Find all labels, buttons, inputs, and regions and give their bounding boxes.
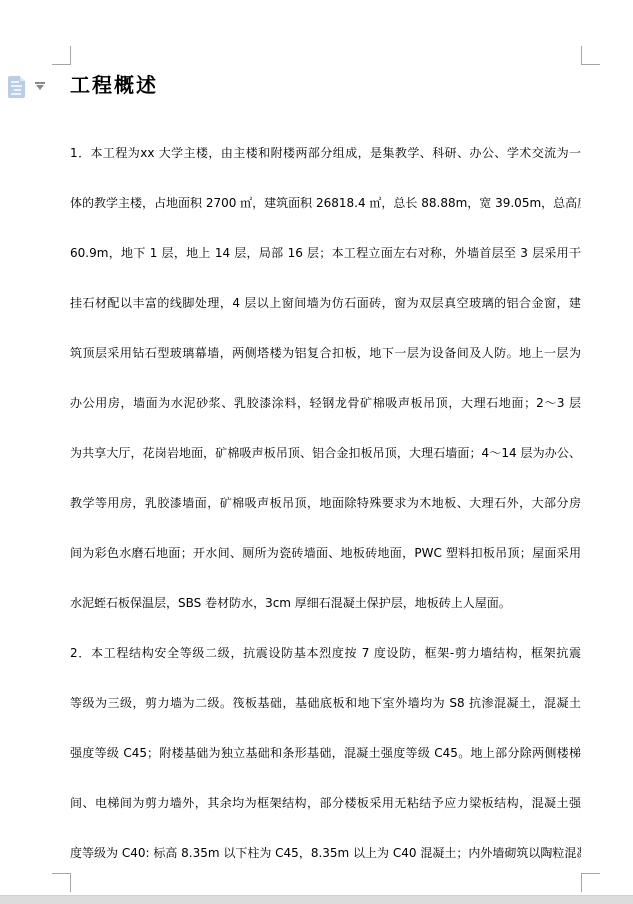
text-line: 筑顶层采用钻石型玻璃幕墙，两侧塔楼为铝复合扣板，地下一层为设备间及人防。地上一层… — [70, 328, 581, 378]
text-line: 等级为三级，剪力墙为二级。筏板基础，基础底板和地下室外墙均为 S8 抗渗混凝土，… — [70, 678, 581, 728]
text-line: 教学等用房，乳胶漆墙面，矿棉吸声板吊顶，地面除特殊要求为木地板、大理石外，大部分… — [70, 478, 581, 528]
text-line: 1．本工程为xx 大学主楼，由主楼和附楼两部分组成，是集教学、科研、办公、学术交… — [70, 128, 581, 178]
horizontal-scrollbar-track[interactable] — [0, 895, 633, 904]
document-text-area[interactable]: 工程概述 1．本工程为xx 大学主楼，由主楼和附楼两部分组成，是集教学、科研、办… — [70, 70, 581, 100]
text-line: 挂石材配以丰富的线脚处理，4 层以上窗间墙为仿石面砖，窗为双层真空玻璃的铝合金窗… — [70, 278, 581, 328]
crop-mark-top-right — [581, 64, 600, 65]
crop-mark-top-left — [70, 46, 71, 64]
text-line: 度等级为 C40: 标高 8.35m 以下柱为 C45，8.35m 以上为 C4… — [70, 828, 581, 878]
document-page: 工程概述 1．本工程为xx 大学主楼，由主楼和附楼两部分组成，是集教学、科研、办… — [0, 0, 633, 904]
paste-options-button[interactable] — [8, 76, 48, 102]
text-line: 强度等级 C45；附楼基础为独立基础和条形基础，混凝土强度等级 C45。地上部分… — [70, 728, 581, 778]
text-line: 办公用房，墙面为水泥砂浆、乳胶漆涂料，轻钢龙骨矿棉吸声板吊顶，大理石地面；2～3… — [70, 378, 581, 428]
text-line: 水泥蛭石板保温层，SBS 卷材防水，3cm 厚细石混凝土保护层，地板砖上人屋面。 — [70, 578, 581, 628]
document-heading: 工程概述 — [70, 70, 581, 100]
crop-mark-bottom-right — [581, 873, 600, 874]
chevron-down-icon[interactable] — [36, 85, 44, 90]
text-line: 体的教学主楼，占地面积 2700 ㎡，建筑面积 26818.4 ㎡，总长 88.… — [70, 178, 581, 228]
text-line: 间、电梯间为剪力墙外，其余均为框架结构，部分楼板采用无粘结予应力梁板结构，混凝土… — [70, 778, 581, 828]
crop-mark-bottom-right — [581, 873, 582, 892]
text-line: 2．本工程结构安全等级二级，抗震设防基本烈度按 7 度设防，框架-剪力墙结构，框… — [70, 628, 581, 678]
page-fold-corner — [20, 76, 25, 81]
crop-mark-top-right — [581, 46, 582, 64]
text-line: 60.9m，地下 1 层，地上 14 层，局部 16 层；本工程立面左右对称，外… — [70, 228, 581, 278]
crop-mark-top-left — [52, 64, 71, 65]
text-line: 为共享大厅，花岗岩地面，矿棉吸声板吊顶、铝合金扣板吊顶，大理石墙面；4～14 层… — [70, 428, 581, 478]
text-line: 间为彩色水磨石地面；开水间、厕所为瓷砖墙面、地板砖地面，PWC 塑料扣板吊顶；屋… — [70, 528, 581, 578]
document-style-icon — [8, 76, 25, 98]
document-body: 1．本工程为xx 大学主楼，由主楼和附楼两部分组成，是集教学、科研、办公、学术交… — [70, 128, 581, 878]
crop-mark-bottom-left — [52, 873, 71, 874]
